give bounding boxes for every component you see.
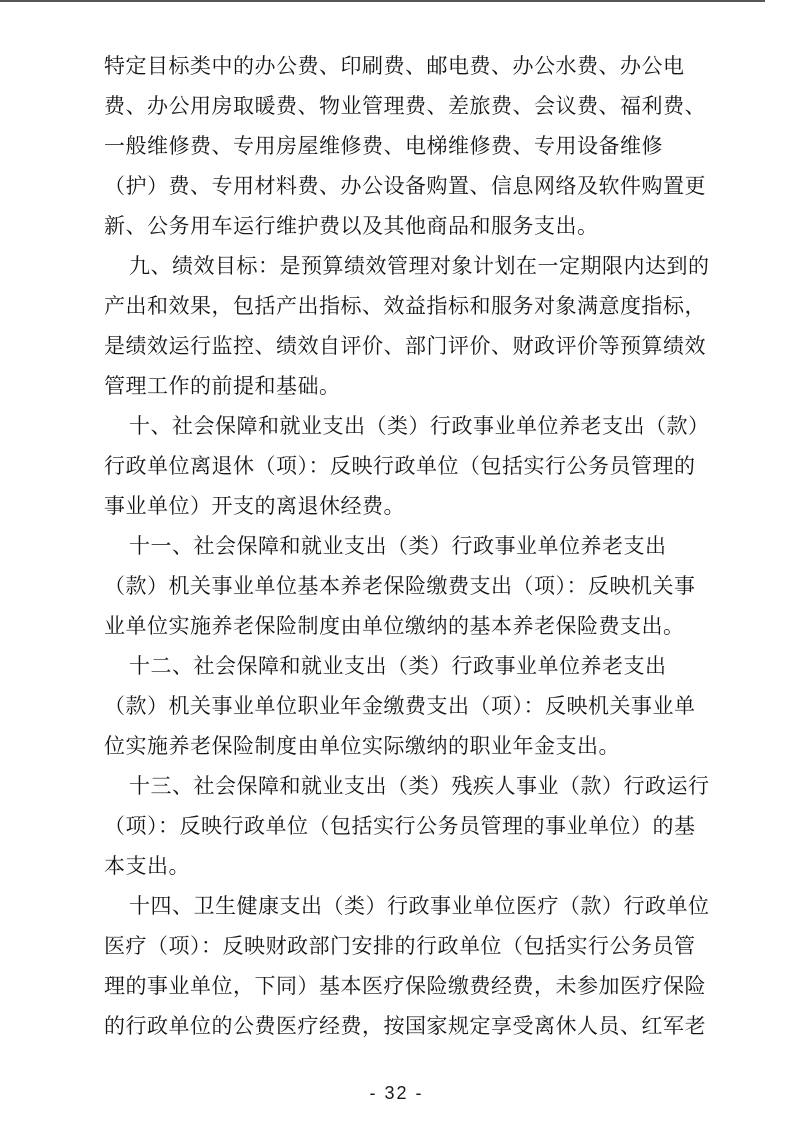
paragraph: 十、社会保障和就业支出（类）行政事业单位养老支出（款） 行政单位离退休（项）：反… <box>104 406 718 526</box>
text-line: 业单位实施养老保险制度由单位缴纳的基本养老保险费支出。 <box>104 606 718 646</box>
text-line: 十三、社会保障和就业支出（类）残疾人事业（款）行政运行 <box>104 766 718 806</box>
text-line: 十、社会保障和就业支出（类）行政事业单位养老支出（款） <box>104 406 718 446</box>
paragraph: 十四、卫生健康支出（类）行政事业单位医疗（款）行政单位 医疗（项）：反映财政部门… <box>104 886 718 1046</box>
text-line: 是绩效运行监控、绩效自评价、部门评价、财政评价等预算绩效 <box>104 326 718 366</box>
paragraph: 九、绩效目标：是预算绩效管理对象计划在一定期限内达到的 产出和效果，包括产出指标… <box>104 246 718 406</box>
text-line: 本支出。 <box>104 846 718 886</box>
text-line: 管理工作的前提和基础。 <box>104 366 718 406</box>
paragraph: 十三、社会保障和就业支出（类）残疾人事业（款）行政运行 （项）：反映行政单位（包… <box>104 766 718 886</box>
document-body: 特定目标类中的办公费、印刷费、邮电费、办公水费、办公电 费、办公用房取暖费、物业… <box>104 46 718 1046</box>
text-line: 事业单位）开支的离退休经费。 <box>104 486 718 526</box>
text-line: 新、公务用车运行维护费以及其他商品和服务支出。 <box>104 206 718 246</box>
text-line: 行政单位离退休（项）：反映行政单位（包括实行公务员管理的 <box>104 446 718 486</box>
text-line: （项）：反映行政单位（包括实行公务员管理的事业单位）的基 <box>104 806 718 846</box>
text-line: 的行政单位的公费医疗经费，按国家规定享受离休人员、红军老 <box>104 1006 718 1046</box>
text-line: 十四、卫生健康支出（类）行政事业单位医疗（款）行政单位 <box>104 886 718 926</box>
text-line: 特定目标类中的办公费、印刷费、邮电费、办公水费、办公电 <box>104 46 718 86</box>
paragraph: 特定目标类中的办公费、印刷费、邮电费、办公水费、办公电 费、办公用房取暖费、物业… <box>104 46 718 246</box>
text-line: 理的事业单位，下同）基本医疗保险缴费经费，未参加医疗保险 <box>104 966 718 1006</box>
page-number: - 32 - <box>0 1083 793 1104</box>
text-line: 十二、社会保障和就业支出（类）行政事业单位养老支出 <box>104 646 718 686</box>
text-line: 医疗（项）：反映财政部门安排的行政单位（包括实行公务员管 <box>104 926 718 966</box>
text-line: （款）机关事业单位基本养老保险缴费支出（项）：反映机关事 <box>104 566 718 606</box>
paragraph: 十一、社会保障和就业支出（类）行政事业单位养老支出 （款）机关事业单位基本养老保… <box>104 526 718 646</box>
text-line: 一般维修费、专用房屋维修费、电梯维修费、专用设备维修 <box>104 126 718 166</box>
text-line: （护）费、专用材料费、办公设备购置、信息网络及软件购置更 <box>104 166 718 206</box>
text-line: （款）机关事业单位职业年金缴费支出（项）：反映机关事业单 <box>104 686 718 726</box>
paragraph: 十二、社会保障和就业支出（类）行政事业单位养老支出 （款）机关事业单位职业年金缴… <box>104 646 718 766</box>
text-line: 十一、社会保障和就业支出（类）行政事业单位养老支出 <box>104 526 718 566</box>
scan-artifact-line <box>0 0 765 2</box>
text-line: 费、办公用房取暖费、物业管理费、差旅费、会议费、福利费、 <box>104 86 718 126</box>
text-line: 位实施养老保险制度由单位实际缴纳的职业年金支出。 <box>104 726 718 766</box>
text-line: 产出和效果，包括产出指标、效益指标和服务对象满意度指标， <box>104 286 718 326</box>
text-line: 九、绩效目标：是预算绩效管理对象计划在一定期限内达到的 <box>104 246 718 286</box>
